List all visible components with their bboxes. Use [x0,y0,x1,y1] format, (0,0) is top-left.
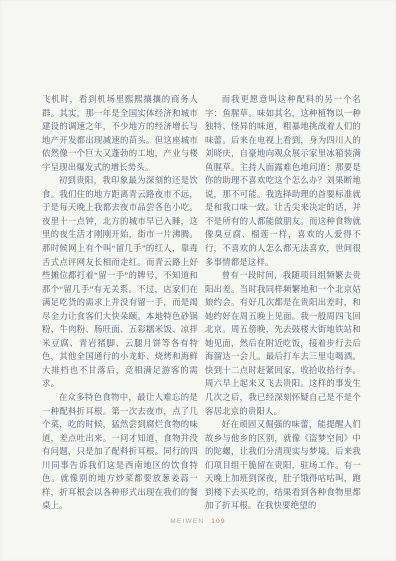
paragraph: 而我更愿意叫这种配料的另一个名字：鱼腥草。味如其名，这种植物以一种独特、怪异的味… [205,93,361,269]
magazine-page: 飞机时，看到机场里熙熙攘攘的商务人群。其实，那一年是全国实体经济和城市建设的调速… [0,0,396,561]
paragraph: 曾有一段时间，我随项目组频繁去贵阳出差。当时我同样频繁地和一个北京姑娘约会。有好… [205,269,361,418]
paragraph: 在众多特色食物中，最让人难忘的是一种配料折耳根。第一次去夜市，点了几个菜，吃的时… [42,391,198,513]
paragraph: 初到贵阳，我印象最为深刻的还是饮食。我们住的地方距离青云路夜市不远，于是每天晚上… [42,174,198,391]
journal-name: MEIWEN [170,518,204,525]
paragraph: 好在顽固又倔强的味蕾，能提醒人们故乡与他乡的区别，就像《盗梦空间》中的陀螺，让我… [205,418,361,513]
right-column: 而我更愿意叫这种配料的另一个名字：鱼腥草。味如其名，这种植物以一种独特、怪异的味… [205,93,361,513]
article-body: 飞机时，看到机场里熙熙攘攘的商务人群。其实，那一年是全国实体经济和城市建设的调速… [42,93,362,513]
paragraph-continuation: 飞机时，看到机场里熙熙攘攘的商务人群。其实，那一年是全国实体经济和城市建设的调速… [42,93,198,174]
left-column: 飞机时，看到机场里熙熙攘攘的商务人群。其实，那一年是全国实体经济和城市建设的调速… [42,93,198,513]
page-number: 109 [211,518,225,525]
page-footer: MEIWEN 109 [0,518,396,525]
